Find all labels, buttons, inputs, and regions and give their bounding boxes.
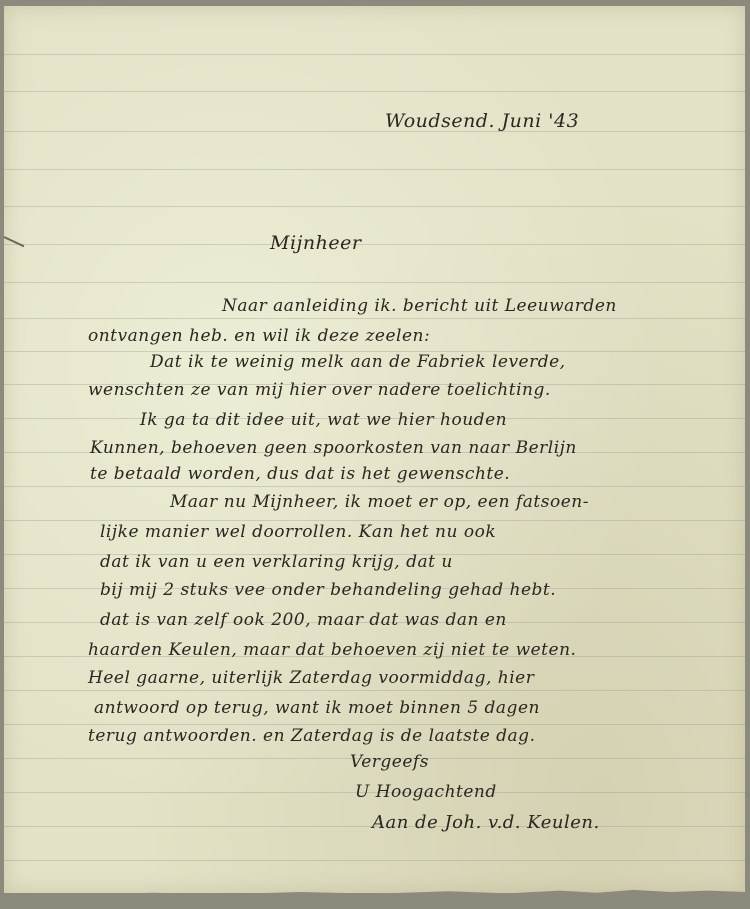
letter-line: lijke manier wel doorrollen. Kan het nu … xyxy=(100,522,496,542)
ruled-line xyxy=(4,206,745,207)
ruled-line xyxy=(4,486,745,487)
letter-line: Ik ga ta dit idee uit, wat we hier houde… xyxy=(140,410,507,430)
ruled-line xyxy=(4,860,745,861)
letter-line: dat is van zelf ook 200, maar dat was da… xyxy=(100,610,507,630)
closing: Vergeefs xyxy=(350,752,429,772)
ruled-line xyxy=(4,282,745,283)
ruled-line xyxy=(4,131,745,132)
signature: Aan de Joh. v.d. Keulen. xyxy=(372,812,600,833)
paper-tear xyxy=(4,236,25,247)
letter-line: Heel gaarne, uiterlijk Zaterdag voormidd… xyxy=(88,668,534,688)
ruled-line xyxy=(4,244,745,245)
ruled-line xyxy=(4,724,745,725)
ruled-line xyxy=(4,54,745,55)
letter-line: antwoord op terug, want ik moet binnen 5… xyxy=(94,698,540,718)
ruled-line xyxy=(4,690,745,691)
ruled-line xyxy=(4,169,745,170)
place-date: Woudsend. Juni '43 xyxy=(385,110,579,132)
letter-line: Dat ik te weinig melk aan de Fabriek lev… xyxy=(150,352,566,372)
letter-line: Maar nu Mijnheer, ik moet er op, een fat… xyxy=(170,492,589,512)
letter-line: wenschten ze van mij hier over nadere to… xyxy=(88,380,551,400)
letter-line: te betaald worden, dus dat is het gewens… xyxy=(90,464,510,484)
letter-line: bij mij 2 stuks vee onder behandeling ge… xyxy=(100,580,556,600)
ruled-line xyxy=(4,91,745,92)
letter-line: terug antwoorden. en Zaterdag is de laat… xyxy=(88,726,535,746)
closing-regards: U Hoogachtend xyxy=(355,782,497,802)
letter-line: Kunnen, behoeven geen spoorkosten van na… xyxy=(90,438,577,458)
letter-line: ontvangen heb. en wil ik deze zeelen: xyxy=(88,326,430,346)
ruled-line xyxy=(4,318,745,319)
letter-line: Naar aanleiding ik. bericht uit Leeuward… xyxy=(222,296,617,316)
letter-line: haarden Keulen, maar dat behoeven zij ni… xyxy=(88,640,576,660)
ruled-line xyxy=(4,520,745,521)
letter-line: dat ik van u een verklaring krijg, dat u xyxy=(100,552,453,572)
salutation: Mijnheer xyxy=(270,232,361,254)
torn-edge xyxy=(4,885,745,899)
